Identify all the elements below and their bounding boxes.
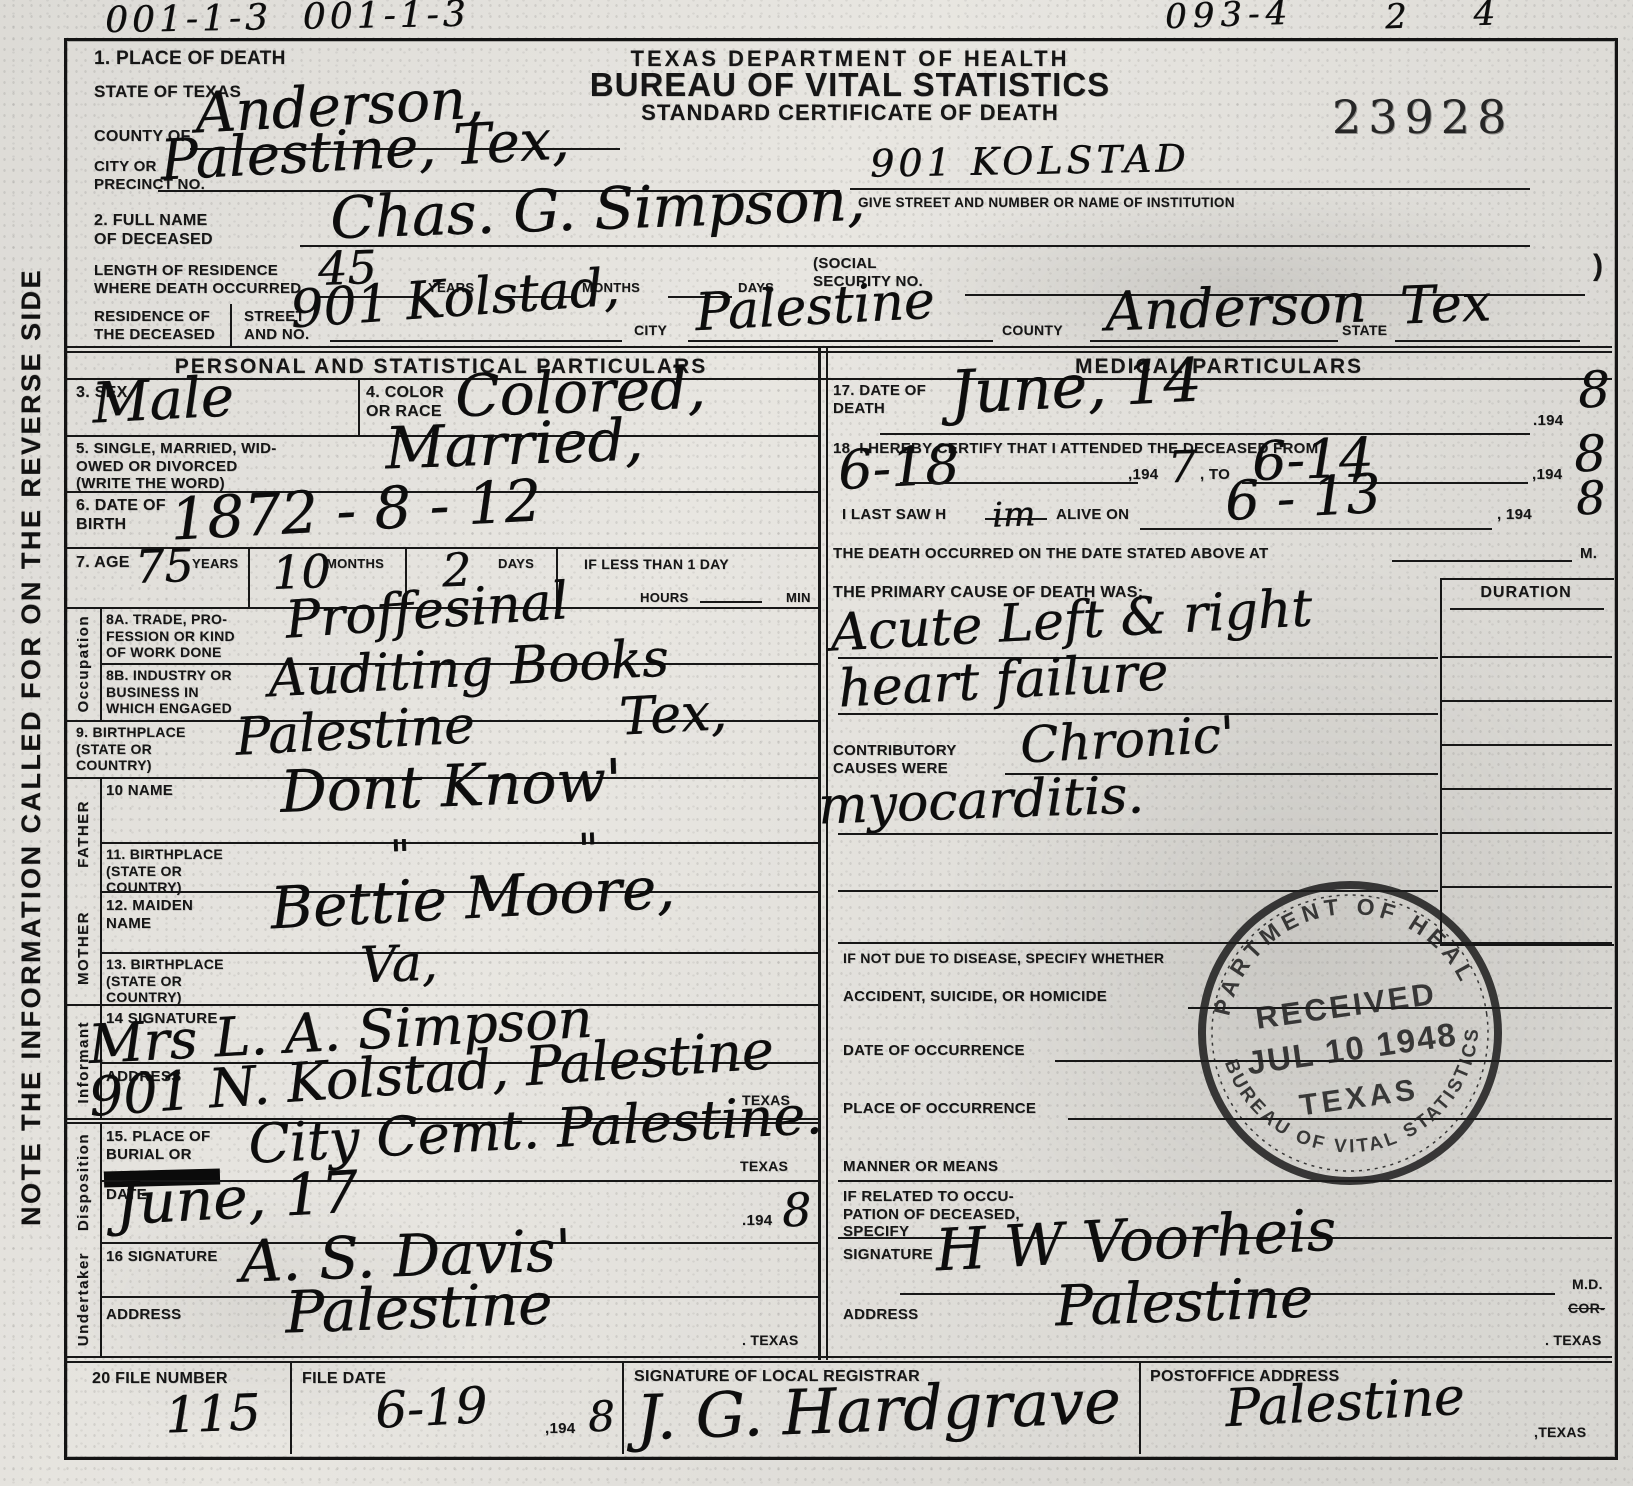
received-stamp: DEPARTMENT OF HEALTH BUREAU OF VITAL STA… — [1164, 847, 1537, 1220]
physician-address-label: ADDRESS — [843, 1306, 918, 1324]
last-saw-label-2: ALIVE ON — [1056, 506, 1129, 524]
residence-city-value: Palestine — [694, 278, 936, 337]
last-saw-him-hw: im — [991, 499, 1035, 531]
section-divider — [64, 346, 1612, 348]
burial-date-value: June, 17 — [114, 1166, 359, 1231]
occupation-side-label: Occupation — [75, 615, 92, 713]
to-year-printed: ,194 — [1532, 466, 1562, 484]
disposition-side-strip: Disposition — [67, 1122, 102, 1242]
undertaker-address-state: . TEXAS — [742, 1332, 799, 1349]
dod-line — [880, 433, 1530, 435]
duration-label: DURATION — [1440, 584, 1612, 603]
mother-side-strip: MOTHER — [67, 891, 102, 1004]
mother-birthplace-value: Va, — [359, 941, 438, 989]
last-saw-value: 6 - 13 — [1224, 470, 1382, 527]
undertaker-address-label: ADDRESS — [106, 1306, 181, 1324]
section-divider — [64, 351, 1612, 353]
attended-from-value: 6-18 — [837, 441, 961, 496]
physician-address-value: Palestine — [1054, 1274, 1314, 1333]
residence-divider — [230, 304, 232, 346]
maiden-name-label: 12. MAIDEN NAME — [106, 897, 193, 932]
bottom-divider — [290, 1361, 292, 1454]
mother-birthplace-label: 13. BIRTHPLACE (STATE OR COUNTRY) — [106, 956, 224, 1006]
age-years-value: 75 — [134, 545, 194, 588]
residence-county-value: Anderson — [1104, 279, 1367, 337]
maiden-name-value: Bettie Moore, — [269, 861, 676, 934]
manner-label: MANNER OR MEANS — [843, 1158, 998, 1176]
him-blank-line — [985, 518, 1047, 520]
duration-line — [1442, 656, 1612, 658]
bottom-divider — [1139, 1361, 1141, 1454]
bottom-section-divider — [64, 1356, 1612, 1358]
last-saw-year-printed: , 194 — [1497, 506, 1532, 524]
burial-date-year-hw: 8 — [781, 1190, 812, 1232]
trade-label: 8A. TRADE, PRO- FESSION OR KIND OF WORK … — [106, 611, 235, 661]
hours-line — [700, 601, 762, 603]
age-days-label: DAYS — [498, 556, 534, 571]
bottom-section-divider — [64, 1361, 1612, 1363]
dod-year-printed: .194 — [1533, 412, 1563, 430]
place-of-death-label: 1. PLACE OF DEATH — [94, 48, 286, 70]
certificate-number: 23928 — [1332, 90, 1513, 144]
residence-state-label: STATE — [1342, 322, 1387, 339]
burial-date-year-printed: .194 — [742, 1212, 772, 1230]
residence-street-line — [330, 340, 622, 342]
residence-state-value: Tex — [1399, 280, 1491, 330]
age-months-label: MONTHS — [326, 556, 384, 571]
undertaker-address-value: Palestine — [284, 1277, 553, 1338]
residence-county-label: COUNTY — [1002, 322, 1063, 339]
not-disease-label: IF NOT DUE TO DISEASE, SPECIFY WHETHER — [843, 950, 1164, 967]
hours-label: HOURS — [640, 590, 688, 605]
sex-value: Male — [91, 372, 235, 430]
father-birthplace-label: 11. BIRTHPLACE (STATE OR COUNTRY) — [106, 846, 223, 896]
mother-side-label: MOTHER — [75, 911, 92, 985]
coroner-label: COR- — [1568, 1300, 1605, 1317]
margin-note: NOTE THE INFORMATION CALLED FOR ON THE R… — [2, 262, 60, 1232]
death-occurred-label: THE DEATH OCCURRED ON THE DATE STATED AB… — [833, 545, 1268, 563]
file-date-year-hw: 8 — [587, 1398, 615, 1437]
residence-state-line — [1395, 340, 1580, 342]
bottom-divider — [622, 1361, 624, 1454]
dob-value: 1872 - 8 - 12 — [169, 474, 542, 546]
ssn-close-paren: ) — [1593, 248, 1603, 283]
residence-city-line — [688, 340, 993, 342]
occurred-at-line — [1392, 560, 1572, 562]
dob-label: 6. DATE OF BIRTH — [76, 497, 166, 535]
cause-line — [838, 833, 1438, 835]
contributory-value-2: myocarditis. — [817, 772, 1144, 830]
occupation-side-strip: Occupation — [67, 607, 102, 720]
file-number-value: 115 — [164, 1390, 261, 1438]
stamp-texas-text: TEXAS — [1297, 1073, 1420, 1122]
age-divider — [248, 547, 250, 607]
postoffice-value: Palestine — [1224, 1374, 1466, 1433]
father-name-value: Dont Know' — [279, 754, 622, 818]
disposition-side-label: Disposition — [75, 1133, 92, 1231]
undertaker-side-label: Undertaker — [75, 1252, 92, 1346]
duration-line — [1442, 832, 1612, 834]
duration-underline — [1450, 608, 1604, 610]
physician-signature-label: SIGNATURE — [843, 1246, 933, 1264]
marital-value: Married, — [384, 414, 644, 475]
street-line — [850, 188, 1530, 190]
top-right-code: 2 4 — [1385, 0, 1524, 33]
residence-county-line — [1090, 340, 1338, 342]
birthplace-label: 9. BIRTHPLACE (STATE OR COUNTRY) — [76, 724, 186, 774]
contributory-value-1: Chronic' — [1019, 712, 1235, 768]
margin-note-text: NOTE THE INFORMATION CALLED FOR ON THE R… — [16, 268, 47, 1226]
postoffice-state: ,TEXAS — [1534, 1424, 1586, 1441]
duration-line — [1442, 788, 1612, 790]
row-line — [100, 952, 818, 954]
top-left-code: 001-1-3 001-1-3 — [105, 0, 470, 38]
industry-label: 8B. INDUSTRY OR BUSINESS IN WHICH ENGAGE… — [106, 667, 232, 717]
burial-state: TEXAS — [740, 1158, 788, 1175]
father-side-strip: FATHER — [67, 777, 102, 891]
if-less-label: IF LESS THAN 1 DAY — [584, 556, 729, 573]
registrar-signature-value: J. G. Hardgrave — [635, 1374, 1121, 1447]
top-middle-code: 093-4 — [1165, 0, 1294, 33]
burial-label: 15. PLACE OF BURIAL OR — [106, 1128, 210, 1163]
age-label: 7. AGE — [76, 554, 130, 573]
age-years-label: YEARS — [192, 556, 238, 571]
place-occurrence-label: PLACE OF OCCURRENCE — [843, 1100, 1036, 1118]
cause-line-2: heart failure — [837, 649, 1169, 713]
physician-address-state: . TEXAS — [1545, 1332, 1602, 1349]
fullname-value: Chas. G. Simpson, — [329, 174, 865, 245]
residence-label: RESIDENCE OF THE DECEASED — [94, 308, 215, 343]
date-of-death-label: 17. DATE OF DEATH — [833, 382, 926, 417]
residence-city-label: CITY — [634, 322, 667, 339]
duration-line — [1442, 744, 1612, 746]
duration-line — [1442, 700, 1612, 702]
father-name-label: 10 NAME — [106, 782, 173, 800]
attended-from-line — [900, 482, 1138, 484]
medical-section-title: MEDICAL PARTICULARS — [826, 355, 1612, 380]
undertaker-signature-label: 16 SIGNATURE — [106, 1248, 218, 1266]
fullname-label: 2. FULL NAME OF DECEASED — [94, 212, 213, 250]
from-year-printed: ,194 — [1128, 466, 1158, 484]
file-date-year-printed: ,194 — [545, 1420, 575, 1438]
standard-title: STANDARD CERTIFICATE OF DEATH — [560, 100, 1140, 126]
date-occurrence-label: DATE OF OCCURRENCE — [843, 1042, 1025, 1060]
from-year-hw: 7 — [1167, 448, 1196, 489]
last-saw-year-hw: 8 — [1575, 478, 1606, 520]
father-side-label: FATHER — [75, 800, 92, 868]
column-divider — [826, 346, 828, 1360]
death-certificate-document: NOTE THE INFORMATION CALLED FOR ON THE R… — [0, 0, 1633, 1486]
street-caption: GIVE STREET AND NUMBER OR NAME OF INSTIT… — [858, 195, 1235, 211]
fullname-line — [300, 245, 1530, 247]
min-label: MIN — [786, 590, 811, 605]
column-divider — [818, 346, 821, 1360]
undertaker-side-strip: Undertaker — [67, 1242, 102, 1356]
file-date-value: 6-19 — [374, 1383, 489, 1434]
accident-label: ACCIDENT, SUICIDE, OR HOMICIDE — [843, 988, 1107, 1006]
physician-signature-value: H W Voorheis — [934, 1204, 1337, 1277]
sex-color-divider — [358, 378, 360, 435]
length-of-residence-label: LENGTH OF RESIDENCE WHERE DEATH OCCURRED — [94, 262, 301, 297]
row-line — [64, 378, 1612, 380]
dod-year-hw: 8 — [1577, 367, 1610, 413]
last-saw-label-1: I LAST SAW H — [842, 506, 946, 524]
occurred-m-label: M. — [1580, 545, 1597, 563]
md-label: M.D. — [1572, 1276, 1603, 1293]
street-value: 901 KOLSTAD — [870, 141, 1190, 181]
date-of-death-value: June, 14 — [949, 353, 1203, 420]
